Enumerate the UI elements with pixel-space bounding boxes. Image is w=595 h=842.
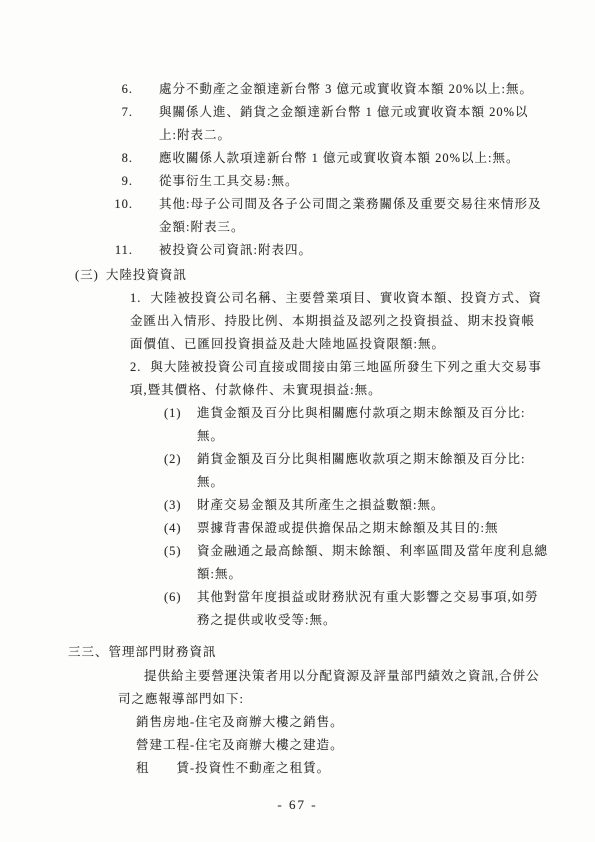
item-text: 銷貨金額及百分比與相關應收款項之期末餘額及百分比:無。 bbox=[193, 448, 549, 494]
section-heading-segment-reporting: 三三、管理部門財務資訊 bbox=[68, 641, 595, 664]
sub-list-item: (3) 財產交易金額及其所產生之損益數額:無。 bbox=[164, 494, 549, 517]
segment-line: 租 賃-投資性不動產之租賃。 bbox=[136, 757, 595, 780]
list-item: 7. 與關係人進、銷貨之金額達新台幣 1 億元或實收資本額 20%以上:附表二。 bbox=[85, 101, 545, 147]
section-label: (三) bbox=[75, 268, 99, 282]
sub-list-item: (6) 其他對當年度損益或財務狀況有重大影響之交易事項,如勞務之提供或收受等:無… bbox=[164, 586, 549, 632]
list-item: 9. 從事衍生工具交易:無。 bbox=[85, 170, 545, 193]
item-number: (6) bbox=[164, 586, 193, 632]
item-text: 與關係人進、銷貨之金額達新台幣 1 億元或實收資本額 20%以上:附表二。 bbox=[133, 101, 545, 147]
item-text: 與大陸被投資公司直接或間接由第三地區所發生下列之重大交易事項,暨其價格、付款條件… bbox=[130, 360, 542, 397]
item-number: (2) bbox=[164, 448, 193, 494]
item-number: 7. bbox=[85, 101, 133, 147]
item-number: 2. bbox=[130, 360, 141, 374]
item-text: 處分不動產之金額達新台幣 3 億元或實收資本額 20%以上:無。 bbox=[133, 78, 545, 101]
list-item: 11. 被投資公司資訊:附表四。 bbox=[85, 239, 545, 262]
item-text: 從事衍生工具交易:無。 bbox=[133, 170, 545, 193]
segment-line: 營建工程-住宅及商辦大樓之建造。 bbox=[136, 734, 595, 757]
item-text: 財產交易金額及其所產生之損益數額:無。 bbox=[193, 494, 549, 517]
scanned-document-page: 6. 處分不動產之金額達新台幣 3 億元或實收資本額 20%以上:無。 7. 與… bbox=[0, 0, 595, 842]
item-number: (1) bbox=[164, 402, 193, 448]
section-heading-mainland-investment: (三)大陸投資資訊 bbox=[75, 264, 595, 287]
segment-line: 銷售房地-住宅及商辦大樓之銷售。 bbox=[136, 711, 595, 734]
list-item: 6. 處分不動產之金額達新台幣 3 億元或實收資本額 20%以上:無。 bbox=[85, 78, 545, 101]
item-number: (5) bbox=[164, 540, 193, 586]
section-intro-paragraph: 提供給主要營運決策者用以分配資源及評量部門績效之資訊,合併公司之應報導部門如下: bbox=[118, 665, 549, 711]
item-number: 1. bbox=[130, 291, 141, 305]
document-body: 6. 處分不動產之金額達新台幣 3 億元或實收資本額 20%以上:無。 7. 與… bbox=[0, 0, 595, 780]
item-number: 11. bbox=[85, 239, 133, 262]
list-item: 1.大陸被投資公司名稱、主要營業項目、實收資本額、投資方式、資金匯出入情形、持股… bbox=[130, 287, 547, 356]
page-number: - 67 - bbox=[0, 793, 595, 816]
list-item: 2.與大陸被投資公司直接或間接由第三地區所發生下列之重大交易事項,暨其價格、付款… bbox=[130, 356, 547, 402]
item-text: 被投資公司資訊:附表四。 bbox=[133, 239, 545, 262]
item-number: 8. bbox=[85, 147, 133, 170]
list-item: 8. 應收關係人款項達新台幣 1 億元或實收資本額 20%以上:無。 bbox=[85, 147, 545, 170]
item-number: 10. bbox=[85, 193, 133, 239]
item-text: 資金融通之最高餘額、期末餘額、利率區間及當年度利息總額:無。 bbox=[193, 540, 549, 586]
item-number: (3) bbox=[164, 494, 193, 517]
item-number: (4) bbox=[164, 517, 193, 540]
section-title: 大陸投資資訊 bbox=[106, 268, 187, 282]
item-text: 進貨金額及百分比與相關應付款項之期末餘額及百分比:無。 bbox=[193, 402, 549, 448]
item-text: 大陸被投資公司名稱、主要營業項目、實收資本額、投資方式、資金匯出入情形、持股比例… bbox=[130, 291, 542, 351]
item-text: 應收關係人款項達新台幣 1 億元或實收資本額 20%以上:無。 bbox=[133, 147, 545, 170]
sub-list-item: (4) 票據背書保證或提供擔保品之期末餘額及其目的:無 bbox=[164, 517, 549, 540]
item-text: 其他:母子公司間及各子公司間之業務關係及重要交易往來情形及金額:附表三。 bbox=[133, 193, 545, 239]
item-number: 6. bbox=[85, 78, 133, 101]
item-number: 9. bbox=[85, 170, 133, 193]
item-text: 票據背書保證或提供擔保品之期末餘額及其目的:無 bbox=[193, 517, 549, 540]
item-text: 其他對當年度損益或財務狀況有重大影響之交易事項,如勞務之提供或收受等:無。 bbox=[193, 586, 549, 632]
sub-list-item: (2) 銷貨金額及百分比與相關應收款項之期末餘額及百分比:無。 bbox=[164, 448, 549, 494]
sub-list-item: (5) 資金融通之最高餘額、期末餘額、利率區間及當年度利息總額:無。 bbox=[164, 540, 549, 586]
sub-list-item: (1) 進貨金額及百分比與相關應付款項之期末餘額及百分比:無。 bbox=[164, 402, 549, 448]
list-item: 10. 其他:母子公司間及各子公司間之業務關係及重要交易往來情形及金額:附表三。 bbox=[85, 193, 545, 239]
